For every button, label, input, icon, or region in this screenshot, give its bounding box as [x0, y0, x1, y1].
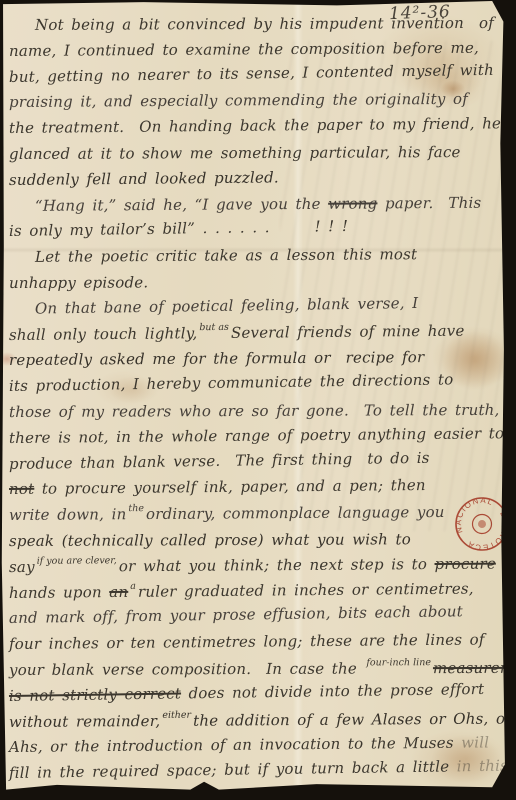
- text-segment: write down, in: [9, 505, 127, 524]
- struck-out-text: wrong: [328, 194, 377, 212]
- handwritten-line: write down, intheordinary, commonplace l…: [9, 500, 500, 529]
- struck-out-text: an: [109, 582, 128, 600]
- stamp-bottom-text: BIBLIOTECA: [464, 508, 516, 563]
- text-segment: On that bane of poetical feeling, blank …: [35, 294, 419, 318]
- photo-background: { "page": { "folio_number": "14²-36", "s…: [0, 0, 516, 800]
- text-segment: suddenly fell and looked puzzled.: [9, 168, 279, 189]
- text-segment: the treatment. On handing back the paper…: [9, 114, 501, 137]
- text-segment: praising it, and especially commending t…: [9, 90, 468, 111]
- text-segment: ruler graduated in inches or centimetres…: [138, 579, 474, 600]
- text-segment: there is not, in the whole range of poet…: [9, 424, 504, 447]
- text-segment: name, I continued to examine the composi…: [9, 39, 479, 60]
- text-segment: and mark off, from your prose effusion, …: [9, 603, 463, 628]
- text-segment: those of my readers who are so far gone.…: [9, 401, 500, 421]
- text-segment: its production, I hereby communicate the…: [9, 371, 454, 396]
- text-segment: or what you think; the next step is to: [119, 555, 435, 575]
- interlinear-insertion: if you are clever,: [37, 555, 117, 567]
- handwritten-line: not to procure yourself ink, paper, and …: [9, 473, 500, 504]
- interlinear-insertion: the: [128, 503, 144, 514]
- text-segment: produce than blank verse. The first thin…: [9, 448, 430, 472]
- handwritten-line: speak (technically called prose) what yo…: [9, 527, 500, 555]
- text-segment: ordinary, commonplace language you: [146, 503, 445, 523]
- interlinear-insertion: either: [162, 709, 191, 720]
- handwritten-line: suddenly fell and looked puzzled.: [9, 163, 500, 194]
- text-segment: “Hang it,” said he, “I gave you the: [35, 194, 328, 214]
- text-segment: hands upon: [9, 583, 109, 602]
- text-segment: but, getting no nearer to its sense, I c…: [9, 60, 494, 85]
- handwritten-line: Not being a bit convinced by his impuden…: [9, 11, 500, 39]
- text-segment: Not being a bit convinced by his impuden…: [35, 14, 516, 34]
- faded-text: in this: [457, 757, 509, 776]
- text-segment: say: [9, 558, 35, 576]
- text-segment: Let the poetic critic take as a lesson t…: [35, 245, 417, 266]
- interlinear-insertion: a: [130, 580, 136, 591]
- handwritten-line: is only my tailor’s bill” . . . . . . ! …: [9, 212, 500, 245]
- struck-out-text: measurement: [433, 659, 516, 677]
- manuscript-lines: Not being a bit convinced by his impuden…: [9, 13, 500, 787]
- text-segment: fill in the required space; but if you t…: [9, 757, 457, 782]
- handwritten-line: the treatment. On handing back the paper…: [9, 111, 500, 142]
- svg-text:BIBLIOTECA: BIBLIOTECA: [464, 508, 516, 563]
- text-segment: does not divide into the prose effort: [181, 680, 484, 702]
- interlinear-insertion: four-inch line: [366, 657, 431, 668]
- text-segment: lay,: [496, 554, 516, 572]
- manuscript-page: 14²-36 Not being a bit convinced by his …: [1, 1, 510, 792]
- handwritten-line: shall only touch lightly,but asSeveral f…: [9, 318, 500, 349]
- handwritten-line: Let the poetic critic take as a lesson t…: [9, 242, 500, 271]
- text-segment: the addition of a few Alases or Ohs, or: [193, 709, 513, 729]
- struck-out-text: not: [9, 480, 34, 498]
- interlinear-insertion: but as: [199, 321, 229, 332]
- text-segment: Several friends of mine have: [231, 321, 465, 341]
- text-segment: to procure yourself ink, paper, and a pe…: [34, 476, 426, 498]
- text-segment: unhappy episode.: [9, 273, 148, 292]
- text-segment: repeatedly asked me for the formula or r…: [9, 348, 424, 369]
- faded-text: will: [461, 734, 489, 752]
- text-segment: without remainder,: [9, 711, 160, 730]
- text-segment: speak (technically called prose) what yo…: [9, 530, 411, 550]
- text-segment: your blank verse composition. In case th…: [9, 659, 364, 679]
- handwritten-line: four inches or ten centimetres long; the…: [9, 627, 500, 658]
- struck-out-text: is not strictly correct: [9, 684, 181, 705]
- text-segment: four inches or ten centimetres long; the…: [9, 631, 485, 654]
- text-segment: Ahs, or the introduction of an invocatio…: [9, 734, 461, 756]
- text-segment: paper. This: [377, 193, 481, 212]
- text-segment: glanced at it to show me something parti…: [9, 143, 461, 163]
- text-segment: is only my tailor’s bill” . . . . . . ! …: [9, 217, 348, 240]
- text-segment: shall only touch lightly,: [9, 324, 198, 344]
